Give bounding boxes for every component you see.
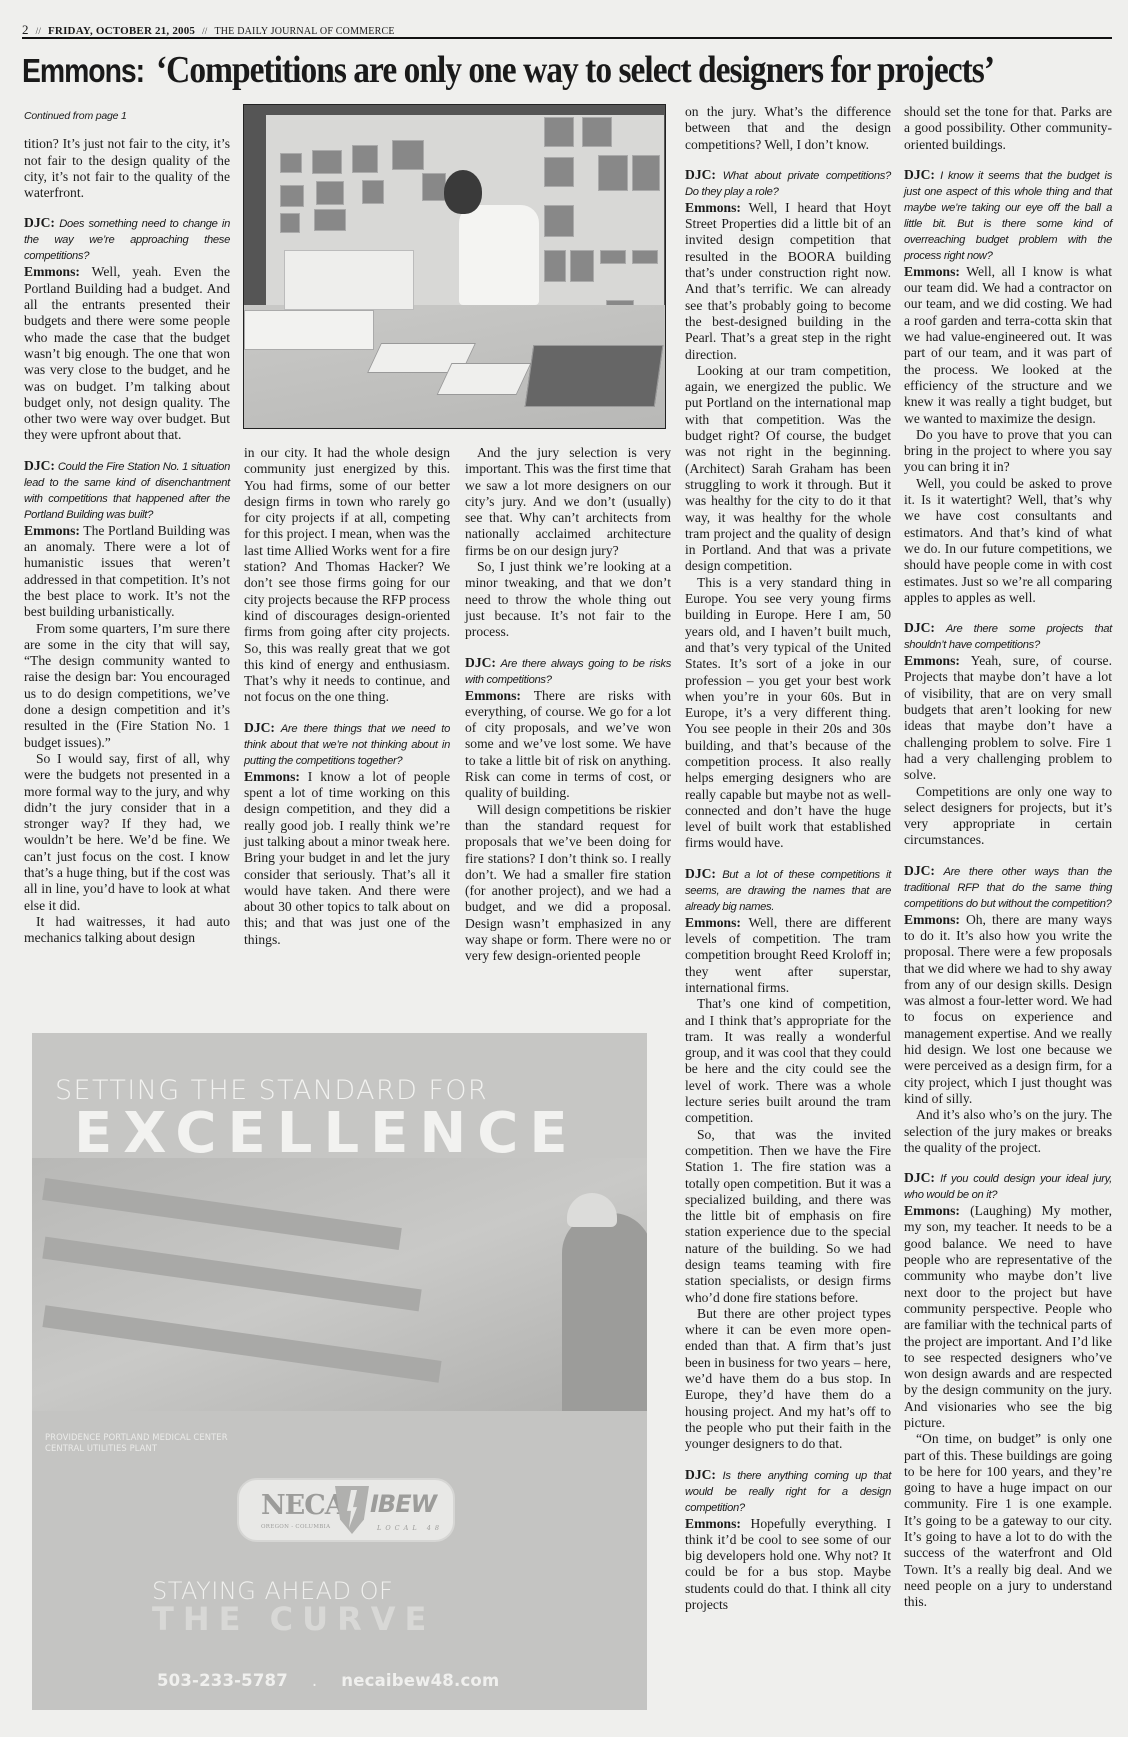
logo-region-text: OREGON - COLUMBIA [261,1524,330,1530]
paragraph: And it’s also who’s on the jury. The sel… [904,1107,1112,1156]
paragraph: Looking at our tram competition, again, … [685,363,891,575]
interviewer-label: DJC: [244,720,275,735]
interview-question: DJC: I know it seems that the budget is … [904,167,1112,264]
paragraph: So I would say, first of all, why were t… [24,751,230,914]
photo-board [280,213,300,233]
photo-board [280,185,304,207]
ad-photo-worker [562,1213,647,1411]
paragraph: on the jury. What’s the difference betwe… [685,104,891,153]
photo-board [582,117,612,147]
interview-question: DJC: Is there anything coming up that wo… [685,1467,891,1516]
photo-board [362,180,384,204]
interviewee-label: Emmons: [904,264,960,279]
interviewer-label: DJC: [904,863,935,878]
photo-board-on-table [525,345,664,407]
interview-question: DJC: What about private competitions? Do… [685,167,891,200]
photo-board [632,155,660,191]
contact-separator: . [312,1671,317,1690]
issue-date: FRIDAY, OCTOBER 21, 2005 [48,25,195,37]
interview-answer: Emmons: The Portland Building was an ano… [24,523,230,621]
article-column-5: should set the tone for that. Parks are … [904,104,1112,1611]
paragraph: That’s one kind of competition, and I th… [685,996,891,1126]
paragraph: From some quarters, I’m sure there are s… [24,621,230,751]
photo-board [312,150,342,174]
interview-question: DJC: Does something need to change in th… [24,215,230,264]
paragraph: Well, you could be asked to prove it. Is… [904,476,1112,606]
photo-board [544,157,574,187]
interviewer-label: DJC: [904,167,935,182]
photo-board [280,153,302,173]
photo-board [422,173,446,201]
interview-answer: Emmons: I know a lot of people spent a l… [244,769,450,948]
interviewer-label: DJC: [904,1170,935,1185]
interviewee-label: Emmons: [465,688,521,703]
interviewee-label: Emmons: [904,653,960,668]
interview-answer: Emmons: There are risks with everything,… [465,688,671,802]
article-photo [243,104,666,429]
logo-neca-text: NECA [261,1490,345,1521]
interview-question: DJC: Are there things that we need to th… [244,720,450,769]
interviewer-label: DJC: [685,167,716,182]
interviewee-label: Emmons: [904,912,960,927]
photo-board [392,140,424,170]
ad-photo-caption: PROVIDENCE PORTLAND MEDICAL CENTER CENTR… [45,1432,245,1454]
top-rule [22,37,1112,39]
photo-board [600,250,626,264]
interview-answer: Emmons: Oh, there are many ways to do it… [904,912,1112,1108]
page-headline: Emmons: ‘Competitions are only one way t… [22,46,1112,94]
ad-tagline-line2: THE CURVE [152,1602,552,1636]
photo-board [632,250,658,264]
paragraph: So, that was the invited competition. Th… [685,1127,891,1306]
article-column-4: on the jury. What’s the difference betwe… [685,104,891,1613]
interviewee-label: Emmons: [24,523,80,538]
paragraph: Will design competitions be riskier than… [465,802,671,965]
paragraph: It had waitresses, it had auto mechanics… [24,914,230,947]
interview-answer: Emmons: Well, there are different levels… [685,915,891,996]
interviewee-label: Emmons: [685,915,741,930]
paragraph: tition? It’s just not fair to the city, … [24,136,230,201]
interview-answer: Emmons: Yeah, sure, of course. Projects … [904,653,1112,783]
interview-answer: Emmons: Hopefully everything. I think it… [685,1516,891,1614]
photo-slide-sheet [437,363,532,395]
interviewee-label: Emmons: [685,1516,741,1531]
interviewer-label: DJC: [685,1467,716,1482]
interviewer-label: DJC: [465,655,496,670]
paragraph: Competitions are only one way to select … [904,784,1112,849]
photo-board [352,145,378,173]
interviewer-label: DJC: [24,215,55,230]
paragraph: This is a very standard thing in Europe.… [685,575,891,852]
article-column-3: And the jury selection is very important… [465,445,671,965]
page-number: 2 [22,22,29,37]
photo-board [314,209,346,231]
photo-board [544,205,574,237]
photo-board [544,117,574,147]
ad-contact-line: 503-233-5787 . necaibew48.com [157,1671,577,1695]
interview-answer: Emmons: Well, all I know is what our tea… [904,264,1112,427]
interview-answer: Emmons: Well, I heard that Hoyt Street P… [685,200,891,363]
interviewer-label: DJC: [24,458,55,473]
photo-board [316,181,344,205]
paragraph: should set the tone for that. Parks are … [904,104,1112,153]
photo-person [459,205,539,305]
interview-question: DJC: Are there some projects that should… [904,620,1112,653]
interviewer-label: DJC: [685,866,716,881]
photo-board [544,250,566,282]
paragraph: So, I just think we’re looking at a mino… [465,559,671,640]
interview-question: DJC: If you could design your ideal jury… [904,1170,1112,1203]
interviewee-label: Emmons: [24,264,80,279]
logo-local-text: LOCAL 48 [377,1524,443,1532]
paragraph: in our city. It had the whole design com… [244,445,450,706]
headline-kicker: Emmons: [22,47,144,95]
advertisement-lower-panel [32,1380,647,1710]
interview-question: DJC: Could the Fire Station No. 1 situat… [24,458,230,523]
photo-board [570,250,594,282]
paragraph: And the jury selection is very important… [465,445,671,559]
interview-question: DJC: But a lot of these competitions it … [685,866,891,915]
ad-website-link[interactable]: necaibew48.com [341,1671,499,1690]
interviewee-label: Emmons: [685,200,741,215]
logo-ibew-text: IBEW [370,1490,436,1518]
architectural-model [244,310,374,350]
interview-question: DJC: Are there other ways than the tradi… [904,863,1112,912]
article-column-2: in our city. It had the whole design com… [244,445,450,948]
photo-person-head [444,170,482,214]
architectural-model [284,250,414,310]
paragraph: “On time, on budget” is only one part of… [904,1431,1112,1610]
paragraph: Do you have to prove that you can bring … [904,427,1112,476]
folio-separator: // [202,26,207,36]
neca-ibew-logo: NECA IBEW OREGON - COLUMBIA LOCAL 48 [237,1478,455,1542]
photo-board [598,155,628,191]
interview-question: DJC: Are there always going to be risks … [465,655,671,688]
interview-answer: Emmons: (Laughing) My mother, my son, my… [904,1203,1112,1431]
interviewee-label: Emmons: [904,1203,960,1218]
interview-answer: Emmons: Well, yeah. Even the Portland Bu… [24,264,230,443]
interviewer-label: DJC: [904,620,935,635]
lightning-shield-icon [335,1486,369,1534]
article-column-1: Continued from page 1 tition? It’s just … [24,108,230,946]
continued-from-label: Continued from page 1 [24,108,230,124]
interviewee-label: Emmons: [244,769,300,784]
ad-phone: 503-233-5787 [157,1671,288,1690]
folio-separator: // [36,26,41,36]
headline-title: ‘Competitions are only one way to select… [156,46,994,94]
ad-headline-line2: EXCELLENCE [74,1104,634,1164]
publication-name: THE DAILY JOURNAL OF COMMERCE [214,26,394,37]
newspaper-page: 2 // FRIDAY, OCTOBER 21, 2005 // THE DAI… [0,0,1128,1737]
paragraph: But there are other project types where … [685,1306,891,1453]
